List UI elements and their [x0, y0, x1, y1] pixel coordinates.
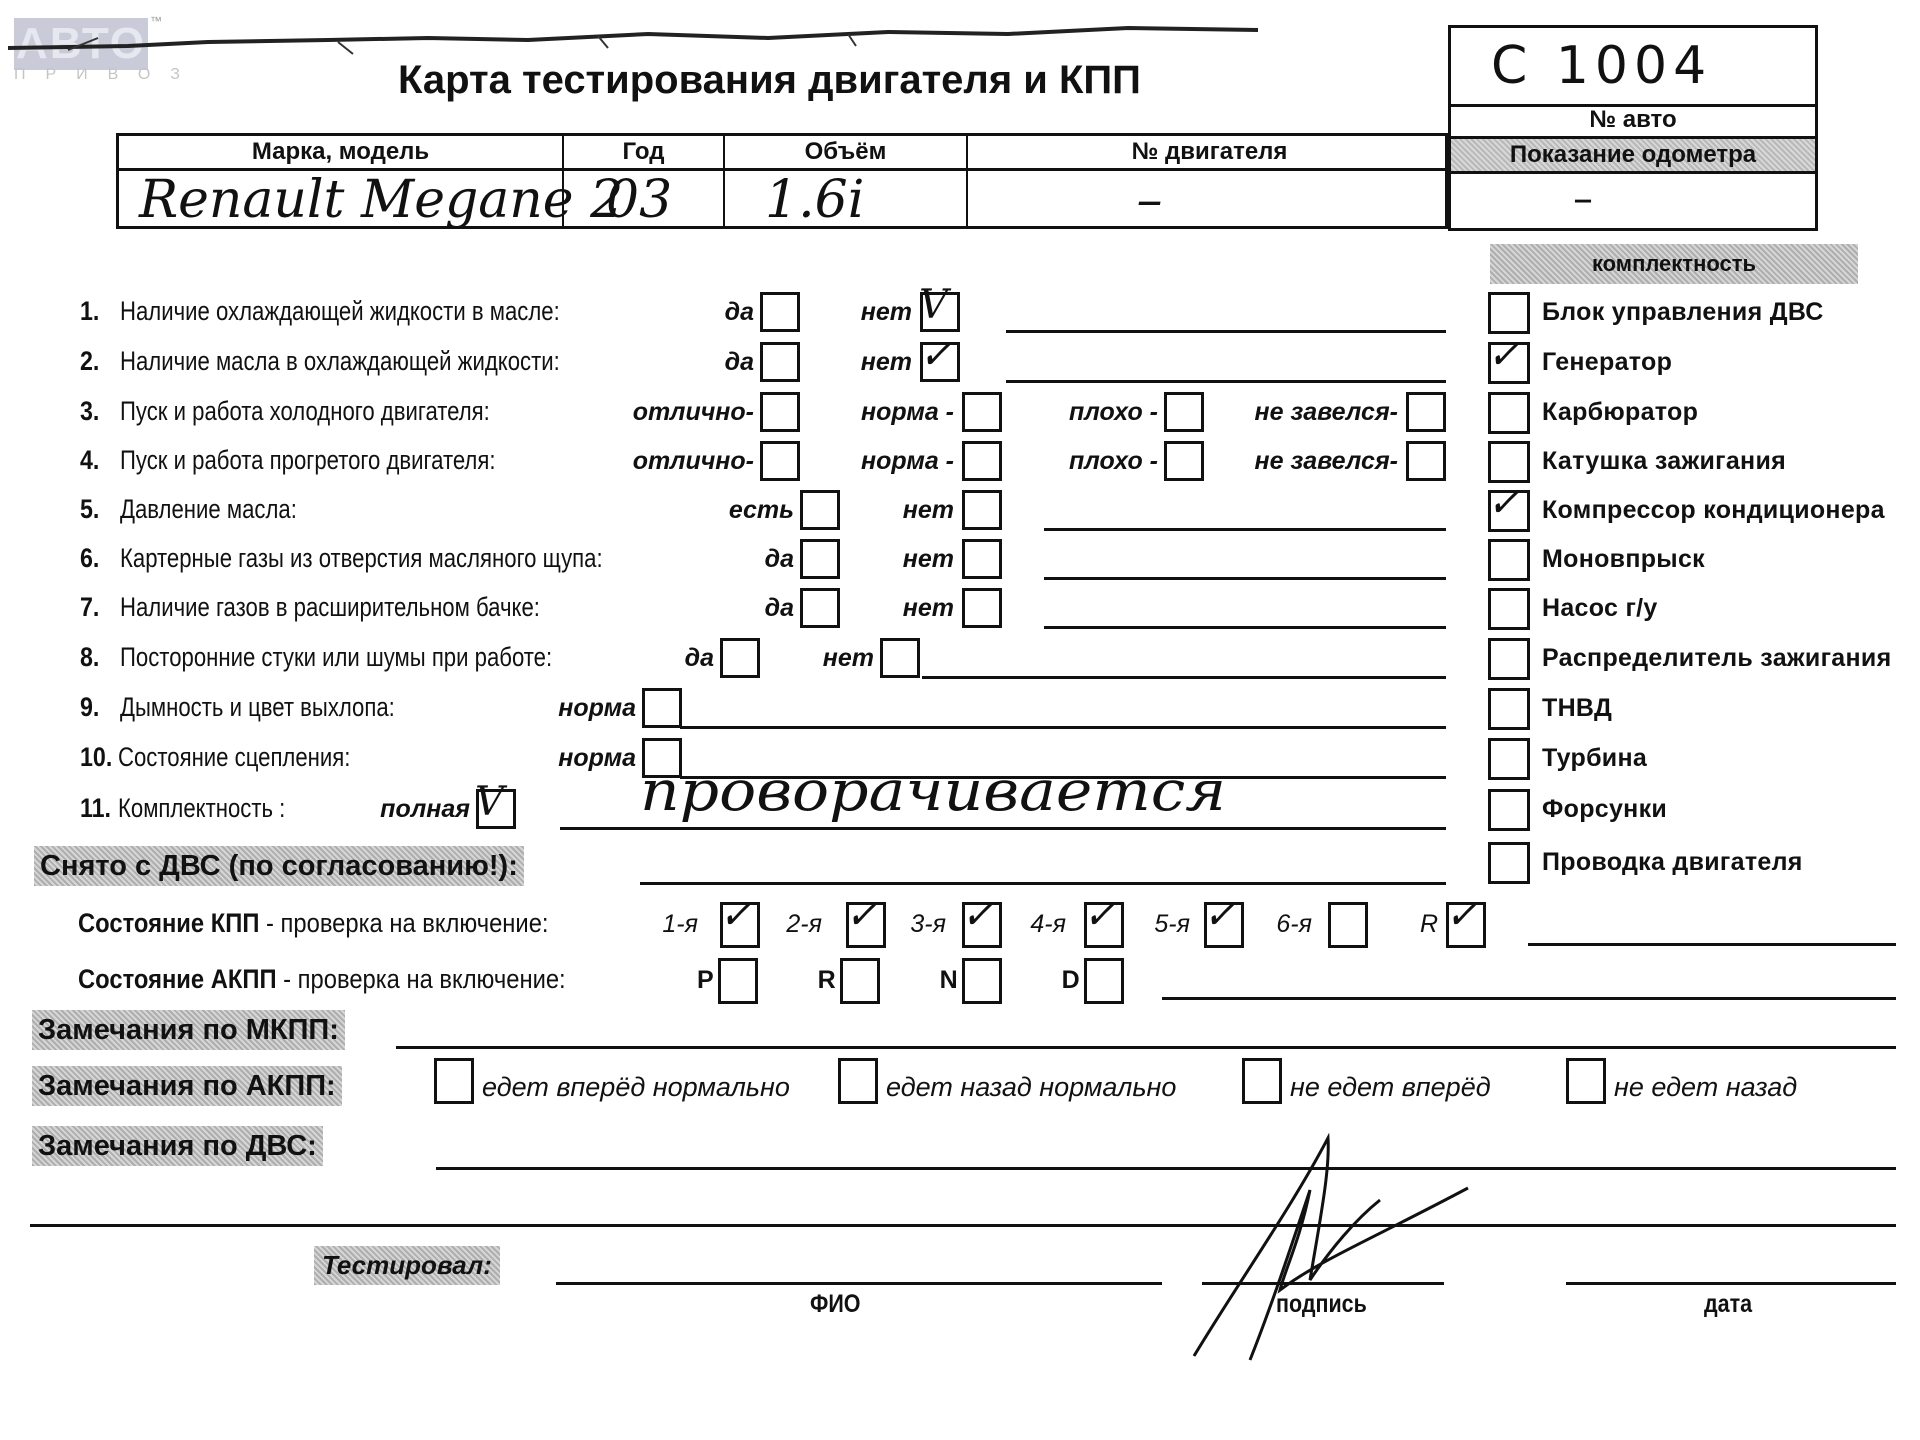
engine-remarks-label: Замечания по ДВС:	[32, 1126, 323, 1166]
option-checkbox[interactable]	[962, 490, 1002, 530]
volume-value[interactable]: 1.6i	[725, 171, 966, 226]
option-label: не завелся-	[1255, 398, 1398, 427]
gear-position-label: R	[818, 966, 836, 995]
check-mark-icon: ✓	[919, 335, 953, 375]
completeness-checkbox[interactable]	[1488, 292, 1530, 334]
auto-remark-label: едет вперёд нормально	[482, 1072, 790, 1103]
auto-remark-checkbox[interactable]	[434, 1058, 474, 1104]
gear-label: R	[1420, 910, 1438, 939]
gear-position-checkbox[interactable]	[840, 958, 880, 1004]
completeness-checkbox[interactable]: ✓	[1488, 490, 1530, 532]
question-text: Наличие газов в расширительном бачке:	[120, 592, 540, 623]
question-number: 1.	[80, 296, 99, 327]
question-number: 2.	[80, 346, 99, 377]
check-mark-icon: ✓	[1487, 483, 1521, 523]
option-label: отлично-	[633, 398, 754, 427]
completeness-item-label: Катушка зажигания	[1542, 447, 1786, 476]
option-label: да	[725, 298, 754, 327]
question-note-field[interactable]	[1044, 528, 1446, 531]
completeness-checkbox[interactable]	[1488, 392, 1530, 434]
option-checkbox[interactable]	[1406, 441, 1446, 481]
option-label: плохо -	[1069, 447, 1158, 476]
auto-remark-checkbox[interactable]	[838, 1058, 878, 1104]
question-number: 5.	[80, 494, 99, 525]
option-checkbox[interactable]	[800, 539, 840, 579]
question-text: Комплектность :	[118, 793, 285, 824]
manual-remarks-label: Замечания по МКПП:	[32, 1010, 345, 1050]
auto-remark-label: не едет вперёд	[1290, 1072, 1491, 1103]
page-title: Карта тестирования двигателя и КПП	[398, 58, 1141, 103]
question-number: 3.	[80, 396, 99, 427]
question-note-field[interactable]	[560, 827, 1446, 830]
option-checkbox[interactable]	[1164, 441, 1204, 481]
completeness-checkbox[interactable]	[1488, 688, 1530, 730]
completeness-checkbox[interactable]	[1488, 738, 1530, 780]
question-note-field[interactable]	[922, 676, 1446, 679]
gear-label: 4-я	[1030, 910, 1066, 939]
gear-position-label: P	[697, 966, 714, 995]
auto-gearbox-note-field[interactable]	[1162, 997, 1896, 1000]
car-number-value[interactable]: C 1004	[1451, 28, 1815, 107]
auto-remark-label: не едет назад	[1614, 1072, 1797, 1103]
completeness-item-label: Компрессор кондиционера	[1542, 496, 1885, 525]
engine-remarks-field[interactable]	[436, 1167, 1896, 1170]
tester-signature	[1180, 1130, 1480, 1370]
gear-position-checkbox[interactable]	[718, 958, 758, 1004]
option-label: да	[685, 644, 714, 673]
gear-checkbox[interactable]: ✓	[846, 902, 886, 948]
gear-checkbox[interactable]	[1328, 902, 1368, 948]
manual-gearbox-note-field[interactable]	[1528, 943, 1896, 946]
completeness-checkbox[interactable]	[1488, 588, 1530, 630]
gear-checkbox[interactable]: ✓	[1204, 902, 1244, 948]
vehicle-info-table: Марка, модель Renault Megane 2 Год 03 Об…	[116, 133, 1448, 229]
completeness-item-label: Насос г/у	[1542, 594, 1658, 623]
question-note-field[interactable]	[1044, 626, 1446, 629]
option-checkbox[interactable]	[962, 539, 1002, 579]
car-number-label: № авто	[1451, 104, 1815, 139]
question-number: 7.	[80, 592, 99, 623]
manual-gearbox-label: Состояние КПП - проверка на включение:	[78, 908, 549, 939]
completeness-item-label: Проводка двигателя	[1542, 848, 1803, 877]
option-checkbox[interactable]: V	[476, 789, 516, 829]
auto-remark-label: едет назад нормально	[886, 1072, 1176, 1103]
engine-remarks-field-2[interactable]	[30, 1224, 1896, 1227]
auto-remark-checkbox[interactable]	[1242, 1058, 1282, 1104]
brand-subtitle: ПРИВОЗ	[14, 66, 200, 84]
option-label: нет	[903, 496, 954, 525]
question-number: 9.	[80, 692, 99, 723]
option-label: не завелся-	[1255, 447, 1398, 476]
completeness-item-label: Блок управления ДВС	[1542, 298, 1824, 327]
check-mark-icon: V	[475, 782, 504, 822]
manual-remarks-field[interactable]	[396, 1046, 1896, 1049]
question-number: 10.	[80, 742, 112, 773]
volume-header: Объём	[725, 136, 966, 171]
option-checkbox[interactable]	[800, 490, 840, 530]
question-text: Дымность и цвет выхлопа:	[120, 692, 395, 723]
gear-label: 1-я	[662, 910, 698, 939]
auto-gearbox-label: Состояние АКПП - проверка на включение:	[78, 964, 566, 995]
option-checkbox[interactable]	[760, 292, 800, 332]
option-checkbox[interactable]: V	[920, 292, 960, 332]
option-label: отлично-	[633, 447, 754, 476]
completeness-item-label: Распределитель зажигания	[1542, 644, 1891, 673]
question-number: 8.	[80, 642, 99, 673]
question-text: Пуск и работа холодного двигателя:	[120, 396, 490, 427]
completeness-item-label: Форсунки	[1542, 795, 1667, 824]
car-number-box: C 1004 № авто Показание одометра –	[1448, 25, 1818, 231]
option-checkbox[interactable]: ✓	[920, 342, 960, 382]
question-text: Пуск и работа прогретого двигателя:	[120, 445, 495, 476]
completeness-item-label: Генератор	[1542, 348, 1672, 377]
gear-position-checkbox[interactable]	[1084, 958, 1124, 1004]
question-text: Посторонние стуки или шумы при работе:	[120, 642, 552, 673]
option-label: полная	[380, 795, 470, 824]
completeness-checkbox[interactable]	[1488, 539, 1530, 581]
completeness-item-label: Моновпрыск	[1542, 545, 1705, 574]
option-checkbox[interactable]	[760, 342, 800, 382]
gear-label: 6-я	[1276, 910, 1312, 939]
make-model-header: Марка, модель	[119, 136, 562, 171]
gear-checkbox[interactable]: ✓	[720, 902, 760, 948]
removed-from-engine-label: Снято с ДВС (по согласованию!):	[34, 846, 524, 886]
option-label: нет	[903, 594, 954, 623]
question-text: Наличие охлаждающей жидкости в масле:	[120, 296, 560, 327]
option-checkbox[interactable]	[962, 441, 1002, 481]
engine-number-header: № двигателя	[968, 136, 1451, 171]
question-note-field[interactable]	[680, 726, 1446, 729]
gear-label: 3-я	[910, 910, 946, 939]
completeness-checkbox[interactable]: ✓	[1488, 342, 1530, 384]
option-checkbox[interactable]	[1164, 392, 1204, 432]
option-label: плохо -	[1069, 398, 1158, 427]
gear-label: 2-я	[786, 910, 822, 939]
completeness-checkbox[interactable]	[1488, 441, 1530, 483]
make-model-column: Марка, модель Renault Megane 2	[119, 136, 564, 226]
option-label: нет	[861, 348, 912, 377]
auto-remark-checkbox[interactable]	[1566, 1058, 1606, 1104]
question-number: 4.	[80, 445, 99, 476]
option-checkbox[interactable]	[880, 638, 920, 678]
option-label: нет	[861, 298, 912, 327]
option-label: да	[765, 545, 794, 574]
year-header: Год	[564, 136, 723, 171]
option-label: нет	[823, 644, 874, 673]
completeness-item-label: Турбина	[1542, 744, 1647, 773]
question-note-field[interactable]	[1044, 577, 1446, 580]
option-checkbox[interactable]	[962, 392, 1002, 432]
gear-position-label: D	[1062, 966, 1080, 995]
check-mark-icon: ✓	[1203, 895, 1237, 935]
year-column: Год 03	[564, 136, 725, 226]
option-checkbox[interactable]	[760, 392, 800, 432]
option-label: норма -	[861, 447, 954, 476]
option-label: нет	[903, 545, 954, 574]
question-text: Состояние сцепления:	[118, 742, 350, 773]
option-label: есть	[729, 496, 794, 525]
date-caption: дата	[1704, 1290, 1752, 1319]
option-label: да	[765, 594, 794, 623]
question-note-field[interactable]	[1006, 330, 1446, 333]
question-text: Картерные газы из отверстия масляного щу…	[120, 543, 603, 574]
removed-from-engine-field[interactable]	[640, 882, 1446, 885]
make-model-value[interactable]: Renault Megane 2	[119, 171, 562, 226]
option-checkbox[interactable]	[720, 638, 760, 678]
completeness-item-label: ТНВД	[1542, 694, 1612, 723]
gear-position-checkbox[interactable]	[962, 958, 1002, 1004]
test-date-field[interactable]	[1566, 1282, 1896, 1285]
completeness-checkbox[interactable]	[1488, 638, 1530, 680]
option-checkbox[interactable]	[800, 588, 840, 628]
option-checkbox[interactable]	[642, 688, 682, 728]
check-mark-icon: ✓	[719, 895, 753, 935]
tested-by-label: Тестировал:	[314, 1246, 500, 1285]
question-note-field[interactable]	[1006, 380, 1446, 383]
volume-column: Объём 1.6i	[725, 136, 968, 226]
engine-number-column: № двигателя –	[968, 136, 1451, 226]
question-text: Наличие масла в охлаждающей жидкости:	[120, 346, 560, 377]
question-text: Давление масла:	[120, 494, 297, 525]
option-checkbox[interactable]	[760, 441, 800, 481]
check-mark-icon: ✓	[1487, 335, 1521, 375]
odometer-value[interactable]: –	[1451, 174, 1815, 228]
gear-checkbox[interactable]: ✓	[962, 902, 1002, 948]
check-mark-icon: V	[919, 285, 948, 325]
completeness-checkbox[interactable]	[1488, 789, 1530, 831]
auto-remarks-label: Замечания по АКПП:	[32, 1066, 342, 1106]
option-label: норма	[558, 744, 636, 773]
odometer-label: Показание одометра	[1451, 139, 1815, 174]
completeness-item-label: Карбюратор	[1542, 398, 1698, 427]
check-mark-icon: ✓	[1083, 895, 1117, 935]
question-number: 11.	[80, 793, 111, 824]
option-label: норма -	[861, 398, 954, 427]
option-checkbox[interactable]	[962, 588, 1002, 628]
tester-name-field[interactable]	[556, 1282, 1162, 1285]
check-mark-icon: ✓	[961, 895, 995, 935]
check-mark-icon: ✓	[845, 895, 879, 935]
gear-checkbox[interactable]: ✓	[1084, 902, 1124, 948]
gear-position-label: N	[940, 966, 958, 995]
year-value[interactable]: 03	[564, 171, 723, 226]
option-label: да	[725, 348, 754, 377]
gear-checkbox[interactable]: ✓	[1446, 902, 1486, 948]
engine-number-value[interactable]: –	[968, 171, 1451, 226]
option-checkbox[interactable]	[1406, 392, 1446, 432]
question-note-text[interactable]: проворачивается	[640, 759, 1226, 824]
option-label: норма	[558, 694, 636, 723]
check-mark-icon: ✓	[1445, 895, 1479, 935]
question-number: 6.	[80, 543, 99, 574]
completeness-heading: комплектность	[1490, 244, 1858, 284]
name-caption: ФИО	[810, 1290, 861, 1319]
completeness-checkbox[interactable]	[1488, 842, 1530, 884]
gear-label: 5-я	[1154, 910, 1190, 939]
torn-edge-decoration	[8, 20, 1258, 56]
